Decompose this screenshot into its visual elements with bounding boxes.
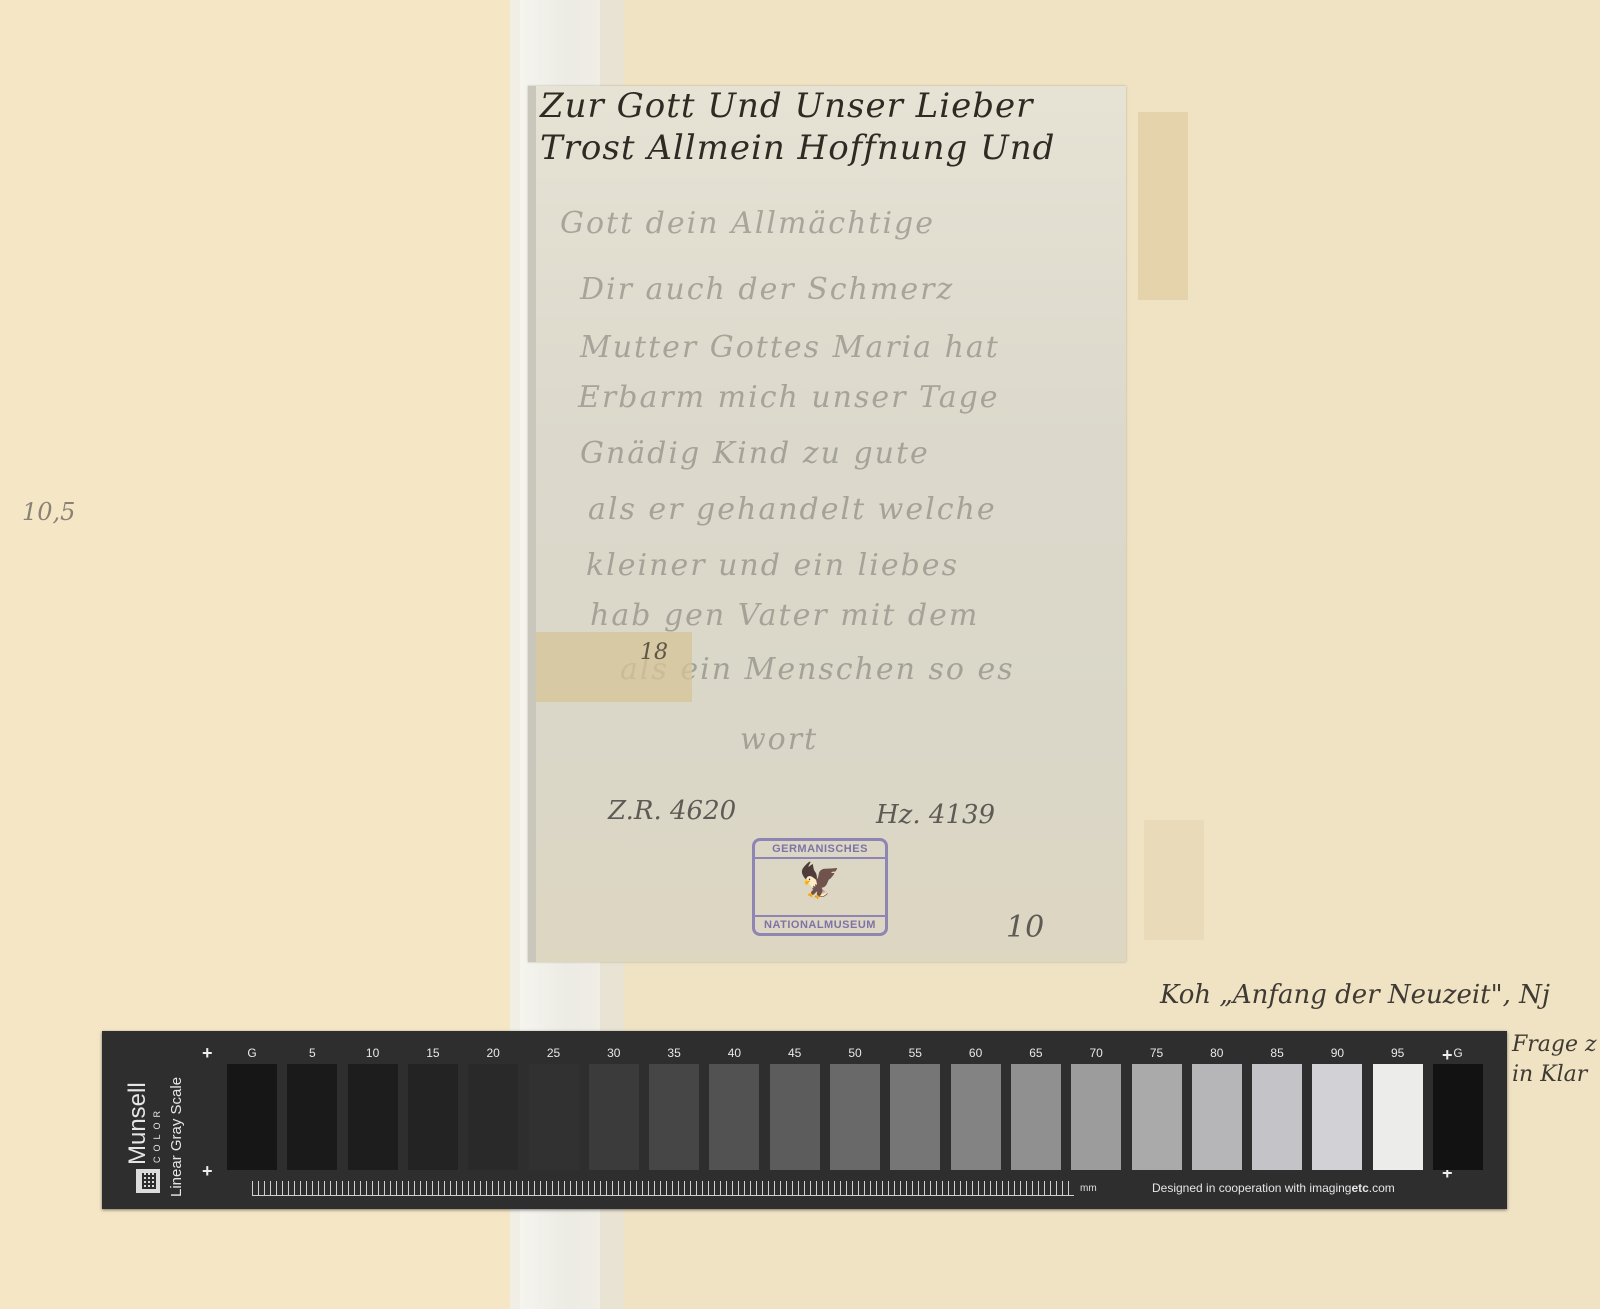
munsell-brand: Munsell COLOR Linear Gray Scale	[112, 1039, 192, 1201]
gray-patch: 40	[709, 1046, 759, 1170]
munsell-gray-scale: Munsell COLOR Linear Gray Scale + + + + …	[102, 1031, 1507, 1209]
ruler-unit: mm	[1080, 1183, 1097, 1194]
patch-swatch	[1312, 1064, 1362, 1170]
brand-sub: COLOR	[152, 1106, 162, 1163]
patch-label: 45	[770, 1046, 820, 1064]
munsell-logo-icon	[136, 1169, 160, 1193]
patch-label: 80	[1192, 1046, 1242, 1064]
shelf-mark-right: Hz. 4139	[876, 800, 995, 830]
patch-swatch	[227, 1064, 277, 1170]
ink-line-1: Zur Gott Und Unser Lieber	[540, 86, 1033, 126]
patch-swatch	[649, 1064, 699, 1170]
pencil-line-8: hab gen Vater mit dem	[590, 598, 979, 633]
gray-patch: 20	[468, 1046, 518, 1170]
gray-patch: 30	[589, 1046, 639, 1170]
mm-ruler	[252, 1181, 1074, 1196]
pencil-line-1: Gott dein Allmächtige	[560, 206, 935, 241]
gray-patch: 60	[951, 1046, 1001, 1170]
gray-patch: 25	[529, 1046, 579, 1170]
patch-swatch	[348, 1064, 398, 1170]
gray-patch: 95	[1373, 1046, 1423, 1170]
gray-patch: 35	[649, 1046, 699, 1170]
brand-name: Munsell	[126, 1082, 150, 1165]
gray-patch: 85	[1252, 1046, 1302, 1170]
patch-swatch	[287, 1064, 337, 1170]
credit-prefix: Designed in cooperation with imaging	[1152, 1181, 1351, 1195]
patch-swatch	[709, 1064, 759, 1170]
repair-tape	[536, 632, 692, 702]
gray-patch: 15	[408, 1046, 458, 1170]
scale-title: Linear Gray Scale	[168, 1077, 185, 1197]
annotation-line-1: Koh „Anfang der Neuzeit", Nj	[1160, 980, 1550, 1010]
patch-swatch	[830, 1064, 880, 1170]
patch-swatch	[1132, 1064, 1182, 1170]
gray-patch: G	[227, 1046, 277, 1170]
patch-swatch	[1071, 1064, 1121, 1170]
patch-swatch	[529, 1064, 579, 1170]
gray-patch: 65	[1011, 1046, 1061, 1170]
patch-swatch	[1252, 1064, 1302, 1170]
gray-patch: 50	[830, 1046, 880, 1170]
gray-patch: G	[1433, 1046, 1483, 1170]
gray-patch: 70	[1071, 1046, 1121, 1170]
patch-label: G	[1433, 1046, 1483, 1064]
registration-plus-icon: +	[202, 1043, 213, 1064]
patch-label: 30	[589, 1046, 639, 1064]
patch-swatch	[1433, 1064, 1483, 1170]
annotation-line-2: Frage z	[1512, 1032, 1597, 1057]
patch-label: 55	[890, 1046, 940, 1064]
pencil-line-6: als er gehandelt welche	[588, 492, 997, 527]
patch-swatch	[589, 1064, 639, 1170]
credit-bold: etc	[1351, 1181, 1368, 1195]
eagle-icon: 🦅	[755, 859, 885, 903]
patch-label: 50	[830, 1046, 880, 1064]
patch-swatch	[1011, 1064, 1061, 1170]
pencil-line-4: Erbarm mich unser Tage	[578, 380, 1000, 415]
tape-note: 18	[640, 640, 668, 665]
leaf-edge	[528, 86, 536, 962]
patch-label: 5	[287, 1046, 337, 1064]
patch-swatch	[468, 1064, 518, 1170]
mount-tab-bottom	[1144, 820, 1204, 940]
pencil-line-5: Gnädig Kind zu gute	[580, 436, 930, 471]
gray-patch: 5	[287, 1046, 337, 1170]
patch-label: 15	[408, 1046, 458, 1064]
pencil-line-10: wort	[740, 722, 818, 757]
gray-patch: 80	[1192, 1046, 1242, 1170]
patch-label: 20	[468, 1046, 518, 1064]
patch-label: 70	[1071, 1046, 1121, 1064]
stamp-top-text: GERMANISCHES	[755, 841, 885, 859]
gray-patch: 55	[890, 1046, 940, 1170]
patch-swatch	[1192, 1064, 1242, 1170]
gray-patch: 45	[770, 1046, 820, 1170]
patch-label: 35	[649, 1046, 699, 1064]
patch-swatch	[951, 1064, 1001, 1170]
patch-swatch	[890, 1064, 940, 1170]
patch-label: G	[227, 1046, 277, 1064]
patch-label: 90	[1312, 1046, 1362, 1064]
registration-plus-icon: +	[202, 1161, 213, 1182]
patch-label: 85	[1252, 1046, 1302, 1064]
patch-label: 25	[529, 1046, 579, 1064]
shelf-mark-left: Z.R. 4620	[608, 796, 736, 826]
pencil-line-2: Dir auch der Schmerz	[580, 272, 954, 307]
gray-patch: 75	[1132, 1046, 1182, 1170]
corner-number: 10	[1006, 910, 1044, 945]
credit-text: Designed in cooperation with imagingetc.…	[1152, 1181, 1395, 1195]
stamp-bottom-text: NATIONALMUSEUM	[755, 915, 885, 933]
ink-line-2: Trost Allmein Hoffnung Und	[540, 128, 1055, 168]
gray-patch: 90	[1312, 1046, 1362, 1170]
patch-label: 60	[951, 1046, 1001, 1064]
mount-tab-top	[1138, 112, 1188, 300]
patch-swatch	[1373, 1064, 1423, 1170]
patch-swatch	[408, 1064, 458, 1170]
gray-patch: 10	[348, 1046, 398, 1170]
patch-label: 65	[1011, 1046, 1061, 1064]
pencil-line-3: Mutter Gottes Maria hat	[580, 330, 1000, 365]
patch-label: 40	[709, 1046, 759, 1064]
patch-label: 95	[1373, 1046, 1423, 1064]
credit-suffix: .com	[1369, 1181, 1395, 1195]
patch-label: 75	[1132, 1046, 1182, 1064]
museum-stamp: GERMANISCHES 🦅 NATIONALMUSEUM	[752, 838, 888, 936]
pencil-line-7: kleiner und ein liebes	[586, 548, 959, 583]
patch-label: 10	[348, 1046, 398, 1064]
patch-swatch	[770, 1064, 820, 1170]
pencil-margin-note: 10,5	[22, 498, 75, 526]
annotation-line-3: in Klar	[1512, 1062, 1587, 1087]
